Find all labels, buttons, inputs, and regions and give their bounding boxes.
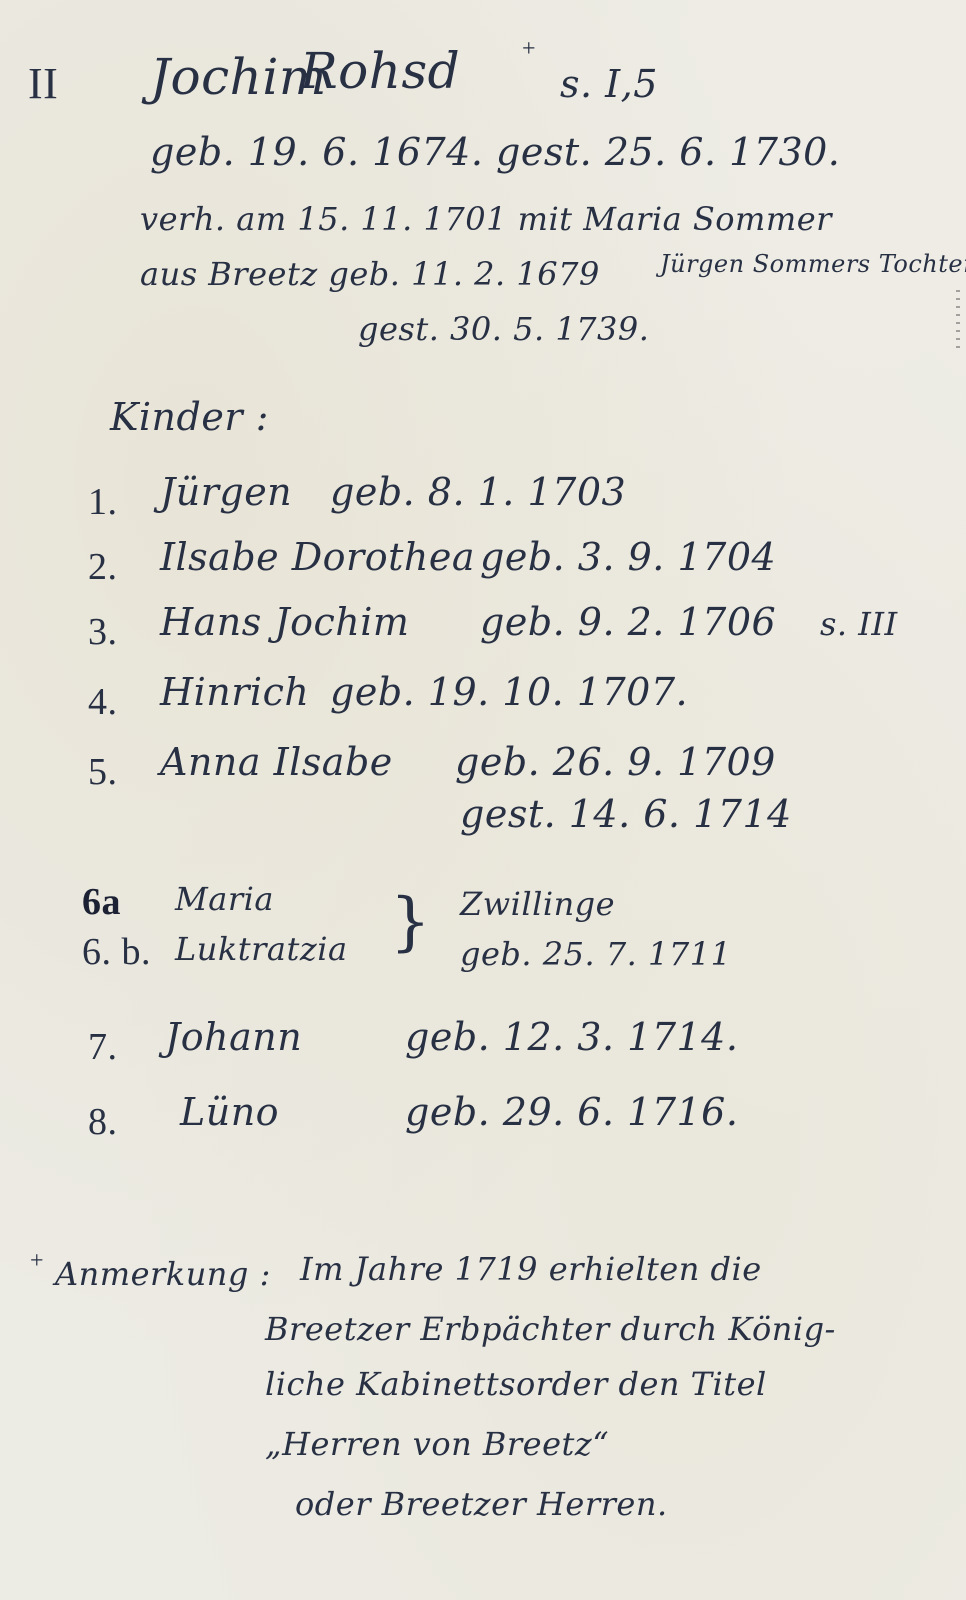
document-page: II Jochim Rohsd + s. I,5 geb. 19. 6. 167… — [0, 0, 966, 1600]
annotation-line: „Herren von Breetz“ — [265, 1425, 609, 1463]
cross-reference: s. III — [820, 605, 898, 643]
paper-edge-specks — [956, 290, 960, 350]
annotation-line: liche Kabinettsorder den Titel — [265, 1365, 767, 1403]
cross-reference: s. I,5 — [560, 62, 658, 106]
generation-numeral: II — [28, 58, 58, 109]
children-heading: Kinder : — [110, 395, 269, 439]
annotation-line: oder Breetzer Herren. — [295, 1485, 668, 1523]
spouse-death-line: gest. 30. 5. 1739. — [358, 310, 649, 348]
annotation-label: Anmerkung : — [55, 1255, 271, 1293]
annotation-line: Breetzer Erbpächter durch König- — [265, 1310, 836, 1348]
marriage-line: verh. am 15. 11. 1701 mit Maria Sommer — [140, 200, 832, 238]
footnote-marker: + — [30, 1248, 44, 1275]
spouse-origin-line: aus Breetz geb. 11. 2. 1679 — [140, 255, 600, 293]
annotation-line: Im Jahre 1719 erhielten die — [300, 1250, 762, 1288]
brace-icon: } — [390, 885, 431, 959]
spouse-father-line: Jürgen Sommers Tochter — [660, 250, 966, 278]
footnote-marker: + — [522, 36, 536, 63]
birth-death-line: geb. 19. 6. 1674. gest. 25. 6. 1730. — [150, 130, 840, 174]
person-last-name: Rohsd — [300, 42, 460, 100]
